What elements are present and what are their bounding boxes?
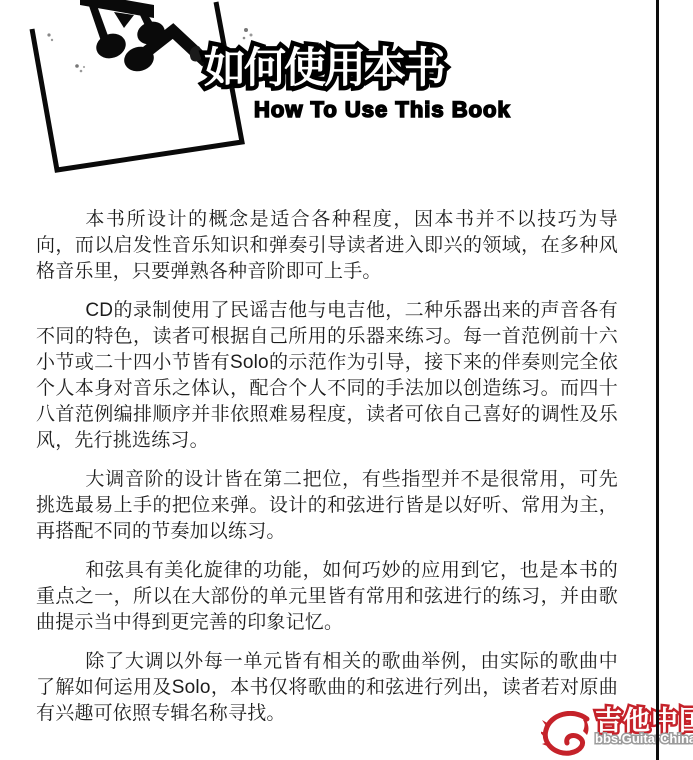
paragraph-4: 和弦具有美化旋律的功能，如何巧妙的应用到它，也是本书的重点之一，所以在大部份的单…	[36, 558, 618, 636]
watermark-url-fill: bbs.GuitarChina.com	[595, 731, 693, 746]
page-edge-rule	[656, 0, 659, 760]
watermark-url: bbs.GuitarChina.com bbs.GuitarChina.com	[595, 732, 693, 745]
paragraph-1: 本书所设计的概念是适合各种程度，因本书并不以技巧为导向，而以启发性音乐知识和弹奏…	[36, 207, 618, 285]
paragraph-3: 大调音阶的设计皆在第二把位，有些指型并不是很常用，可先挑选最易上手的把位来弹。设…	[36, 467, 618, 545]
watermark-text: 吉他中国 吉他中国 bbs.GuitarChina.com bbs.Guitar…	[595, 708, 693, 745]
guitarchina-watermark: 吉他中国 吉他中国 bbs.GuitarChina.com bbs.Guitar…	[541, 708, 693, 757]
paragraph-5: 除了大调以外每一单元皆有相关的歌曲举例，由实际的歌曲中了解如何运用及Solo，本…	[36, 649, 618, 727]
page-title: 如何使用本书 如何使用本书 How To Use This Book	[204, 47, 511, 123]
paragraph-2: CD的录制使用了民谣吉他与电吉他，二种乐器出来的声音各有不同的特色，读者可根据自…	[36, 298, 618, 454]
pick-triangle-icon	[114, 12, 134, 28]
book-page: 如何使用本书 如何使用本书 How To Use This Book 本书所设计…	[0, 0, 693, 760]
guitarchina-dragon-icon	[541, 711, 593, 757]
body-text: 本书所设计的概念是适合各种程度，因本书并不以技巧为导向，而以启发性音乐知识和弹奏…	[36, 207, 618, 740]
chapter-title-fill: 如何使用本书	[204, 44, 444, 91]
chapter-title-english: How To Use This Book	[254, 97, 511, 123]
chapter-title-chinese: 如何使用本书 如何使用本书	[204, 47, 444, 89]
